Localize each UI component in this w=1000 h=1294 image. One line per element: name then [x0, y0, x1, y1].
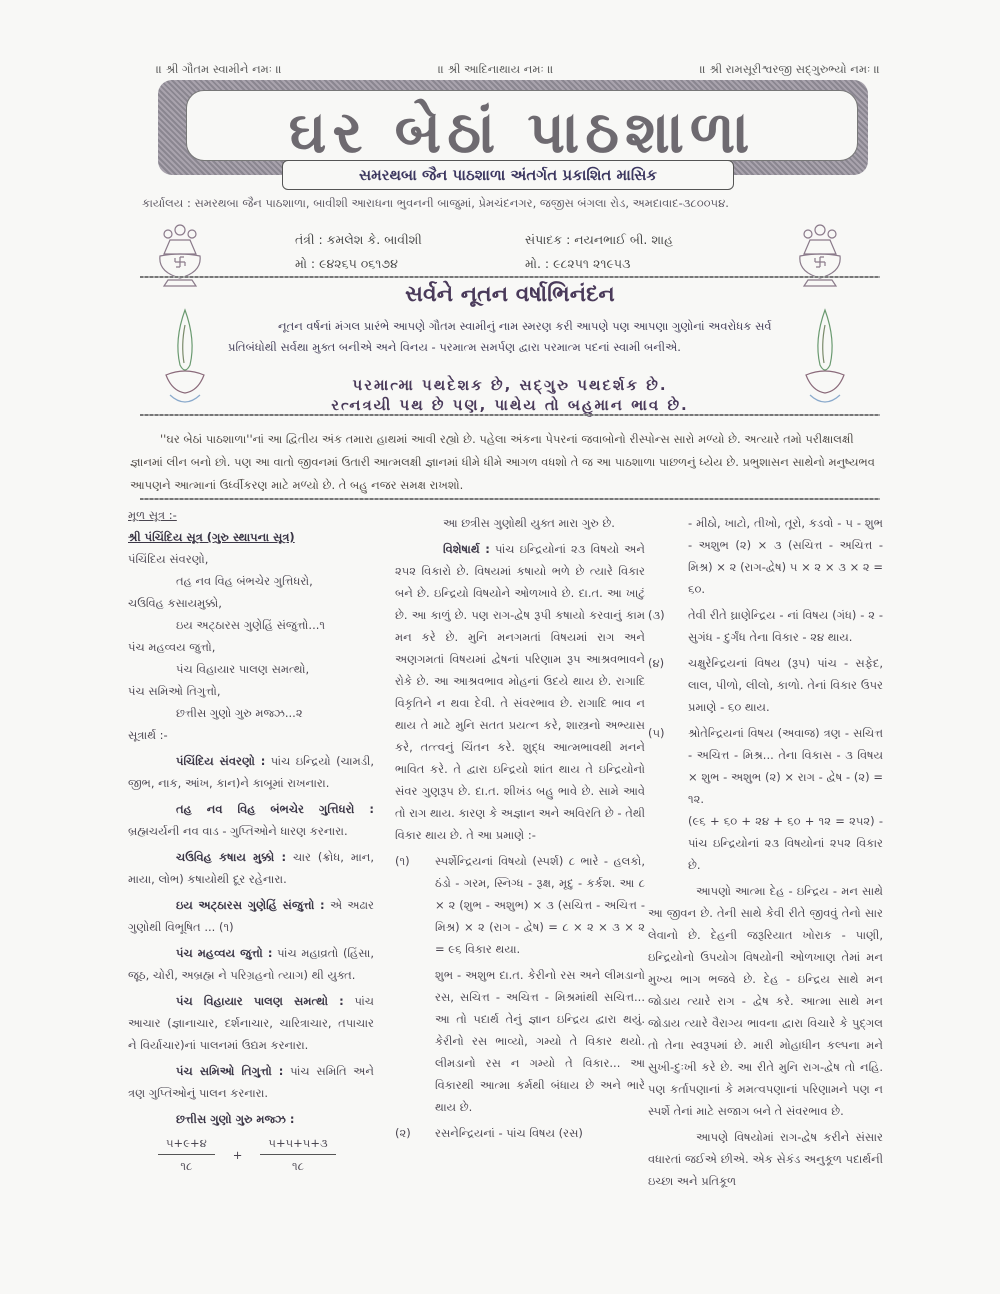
invocation-left: ॥ શ્રી ગૌતમ સ્વામીને નમઃ ॥ [156, 62, 282, 77]
meaning-paragraph: પંચ મહવ્વય જુત્તો : પાંચ મહાવ્રતો (હિંસા… [128, 942, 374, 986]
invocation-right: ॥ શ્રી રામસૂરીશ્વરજી સદ્‌ગુરુભ્યો નમઃ ॥ [700, 62, 880, 77]
invocation-header: ॥ શ્રી ગૌતમ સ્વામીને નમઃ ॥ ॥ શ્રી આદિનાથ… [140, 62, 880, 80]
fraction-denominator: ૧૮ [158, 1155, 215, 1177]
sutra-line: છત્તીસ ગુણો ગુરુ મજ્ઝ...૨ [128, 702, 374, 724]
sutra-line: ચઉવિહ કસાયમુક્કો, [128, 592, 374, 614]
editor-name: તંત્રી : કમલેશ કે. બાવીશી [295, 232, 422, 256]
item-number: (૪) [648, 652, 688, 718]
body-paragraph: આપણો આત્મા દેહ - ઇન્દ્રિય - મન સાથે આ જી… [648, 880, 883, 1122]
publisher-name: સંપાદક : નયનભાઈ બી. શાહ [525, 232, 673, 256]
fraction-numerator: ૫+૯+૪ [158, 1132, 215, 1155]
office-address: કાર્યાલય : સમરથબા જૈન પાઠશાળા, બાવીશી આર… [142, 196, 882, 211]
editor-info: તંત્રી : કમલેશ કે. બાવીશી મો : ૯૪૨૬૫ ૦૬૧… [295, 232, 422, 280]
meaning-text: બ્રહ્મચર્યની નવ વાડ - ગુપ્તિઓને ધારણ કરન… [128, 824, 348, 838]
meaning-term: ચઉવિહ કષાય મુક્કો : [176, 850, 286, 864]
item-text: શ્રોતેન્દ્રિયનાં વિષય (અવાજ) ત્રણ - સચિત… [688, 722, 883, 810]
sutra-line: ઇય અટ્ઠારસ ગુણેહિં સંજુત્તો...૧ [128, 614, 374, 636]
column-2: આ છત્રીસ ગુણોથી યુક્ત મારા ગુરુ છે. વિશે… [395, 512, 645, 1144]
column-3: - મીઠો, ખાટો, તીખો, તૂરો, કડવો - ૫ - શુભ… [648, 512, 883, 1192]
divider [140, 414, 880, 416]
meaning-paragraph: ઇય અટ્ઠારસ ગુણેહિં સંજુત્તો : એ અઢાર ગુણ… [128, 894, 374, 938]
fraction-numerator: ૫+૫+૫+૩ [260, 1132, 335, 1155]
item-text: રસનેન્દ્રિયનાં - પાંચ વિષય (રસ) [435, 1122, 645, 1144]
continuation-text: - મીઠો, ખાટો, તીખો, તૂરો, કડવો - ૫ - શુભ… [648, 512, 883, 600]
sutra-line: પંચ વિહાયાર પાલણ સમત્થો, [128, 658, 374, 680]
body-paragraph: આપણે વિષયોમાં રાગ-દ્વેષ કરીને સંસાર વધાર… [648, 1126, 883, 1192]
chattis-label: છત્તીસ ગુણો ગુરુ મજ્ઝ : [128, 1108, 374, 1130]
example-paragraph: શુભ - અશુભ દા.ત. કેરીનો રસ અને લીમડાનો ર… [395, 964, 645, 1118]
meaning-term: પંચ મહવ્વય જુત્તો : [176, 946, 272, 960]
numbered-item: (૨) રસનેન્દ્રિયનાં - પાંચ વિષય (રસ) [395, 1122, 645, 1144]
visheshartha-term: વિશેષાર્થ : [443, 542, 490, 556]
greeting-title: સર્વને નૂતન વર્ષાભિનંદન [200, 282, 820, 307]
meaning-term: પંચ સમિઓ તિગુત્તો : [176, 1064, 283, 1078]
numbered-item: (૧) સ્પર્શેન્દ્રિયનાં વિષયો (સ્પર્શ) ૮ ભ… [395, 850, 645, 960]
greeting-body: નૂતન વર્ષનાં મંગલ પ્રારંભે આપણે ગૌતમ સ્વ… [228, 316, 798, 358]
meaning-paragraph: પંચ વિહાયાર પાલણ સમત્થો : પાંચ આચાર (જ્ઞ… [128, 990, 374, 1056]
total-summary: (૯૬ + ૬૦ + ૨૪ + ૬૦ + ૧૨ = ૨૫૨) - પાંચ ઇન… [648, 810, 883, 876]
masthead-title: ઘર બેઠાં પાઠશાળા [187, 97, 857, 167]
fraction-denominator: ૧૮ [260, 1155, 335, 1177]
fraction-right: ૫+૫+૫+૩ ૧૮ [260, 1132, 335, 1177]
column-1: મૂળ સૂત્ર :- શ્રી પંચિંદિય સૂત્ર (ગુરુ સ… [128, 504, 374, 1177]
guna-fraction: ૫+૯+૪ ૧૮ + ૫+૫+૫+૩ ૧૮ [128, 1132, 374, 1177]
divider [140, 498, 880, 500]
fraction-plus: + [233, 1144, 243, 1166]
meaning-term: પંચ વિહાયાર પાલણ સમત્થો : [176, 994, 344, 1008]
meaning-term: તહ નવ વિહ બંભચેર ગુત્તિધરો : [176, 802, 374, 816]
meaning-paragraph: ચઉવિહ કષાય મુક્કો : ચાર (ક્રોધ, માન, માય… [128, 846, 374, 890]
sutra-line: પંચ મહવ્વય જુત્તો, [128, 636, 374, 658]
item-text: સ્પર્શેન્દ્રિયનાં વિષયો (સ્પર્શ) ૮ ભારે … [435, 850, 645, 960]
item-number: (૨) [395, 1122, 435, 1144]
invocation-center: ॥ શ્રી આદિનાથાય નમઃ ॥ [438, 62, 554, 77]
sutra-line: તહ નવ વિહ બંભચેર ગુત્તિધરો, [128, 570, 374, 592]
visheshartha-text: પાંચ ઇન્દ્રિયોનાં ૨૩ વિષયો અને ૨૫૨ વિકાર… [395, 542, 645, 842]
mool-sutra-label: મૂળ સૂત્ર :- [128, 504, 374, 526]
publisher-info: સંપાદક : નયનભાઈ બી. શાહ મો. : ૯૮૨૫૧ ૨૧૯૫… [525, 232, 673, 280]
item-number: (૫) [648, 722, 688, 810]
item-text: તેવી રીતે ઘ્રાણેન્દ્રિય - નાં વિષય (ગંધ)… [688, 604, 883, 648]
motto-line-2: રત્નત્રયી પથ છે પણ, પાથેય તો બહુમાન ભાવ … [200, 396, 820, 414]
sutra-title: શ્રી પંચિંદિય સૂત્ર (ગુરુ સ્થાપના સૂત્ર) [128, 526, 374, 548]
fraction-left: ૫+૯+૪ ૧૮ [158, 1132, 215, 1177]
visheshartha-paragraph: વિશેષાર્થ : પાંચ ઇન્દ્રિયોનાં ૨૩ વિષયો અ… [395, 538, 645, 846]
item-number: (૧) [395, 850, 435, 960]
masthead-subtitle: સમરથબા જૈન પાઠશાળા અંતર્ગત પ્રકાશિત માસિ… [282, 160, 734, 190]
numbered-item: (૫) શ્રોતેન્દ્રિયનાં વિષય (અવાજ) ત્રણ - … [648, 722, 883, 810]
meaning-paragraph: પંચ સમિઓ તિગુત્તો : પાંચ સમિતિ અને ત્રણ … [128, 1060, 374, 1104]
opening-paragraph: આ છત્રીસ ગુણોથી યુક્ત મારા ગુરુ છે. [395, 512, 645, 534]
divider [140, 276, 880, 278]
item-text: ચક્ષુરેન્દ્રિયનાં વિષય (રૂપ) પાંચ - સફેદ… [688, 652, 883, 718]
sutra-line: પંચ સમિઓ તિગુત્તો, [128, 680, 374, 702]
meaning-term: પંચિંદિય સંવરણો : [176, 754, 265, 768]
motto-line-1: પરમાત્મા પથદેશક છે, સદ્‌ગુરુ પથદર્શક છે. [200, 376, 820, 394]
meaning-term: ઇય અટ્ઠારસ ગુણેહિં સંજુત્તો : [176, 898, 325, 912]
meaning-paragraph: પંચિંદિય સંવરણો : પાંચ ઇન્દ્રિયો (ચામડી,… [128, 750, 374, 794]
sutra-line: પંચિંદિય સંવરણો, [128, 548, 374, 570]
masthead-inner: ઘર બેઠાં પાઠશાળા [186, 90, 858, 161]
numbered-item: (૪) ચક્ષુરેન્દ્રિયનાં વિષય (રૂપ) પાંચ - … [648, 652, 883, 718]
sutrarth-label: સૂત્રાર્થ :- [128, 724, 374, 746]
intro-paragraph: ''ઘર બેઠાં પાઠશાળા''નાં આ દ્વિતીય અંક તમ… [130, 428, 880, 497]
numbered-item: (૩) તેવી રીતે ઘ્રાણેન્દ્રિય - નાં વિષય (… [648, 604, 883, 648]
item-number: (૩) [648, 604, 688, 648]
meaning-paragraph: તહ નવ વિહ બંભચેર ગુત્તિધરો : બ્રહ્મચર્યન… [128, 798, 374, 842]
